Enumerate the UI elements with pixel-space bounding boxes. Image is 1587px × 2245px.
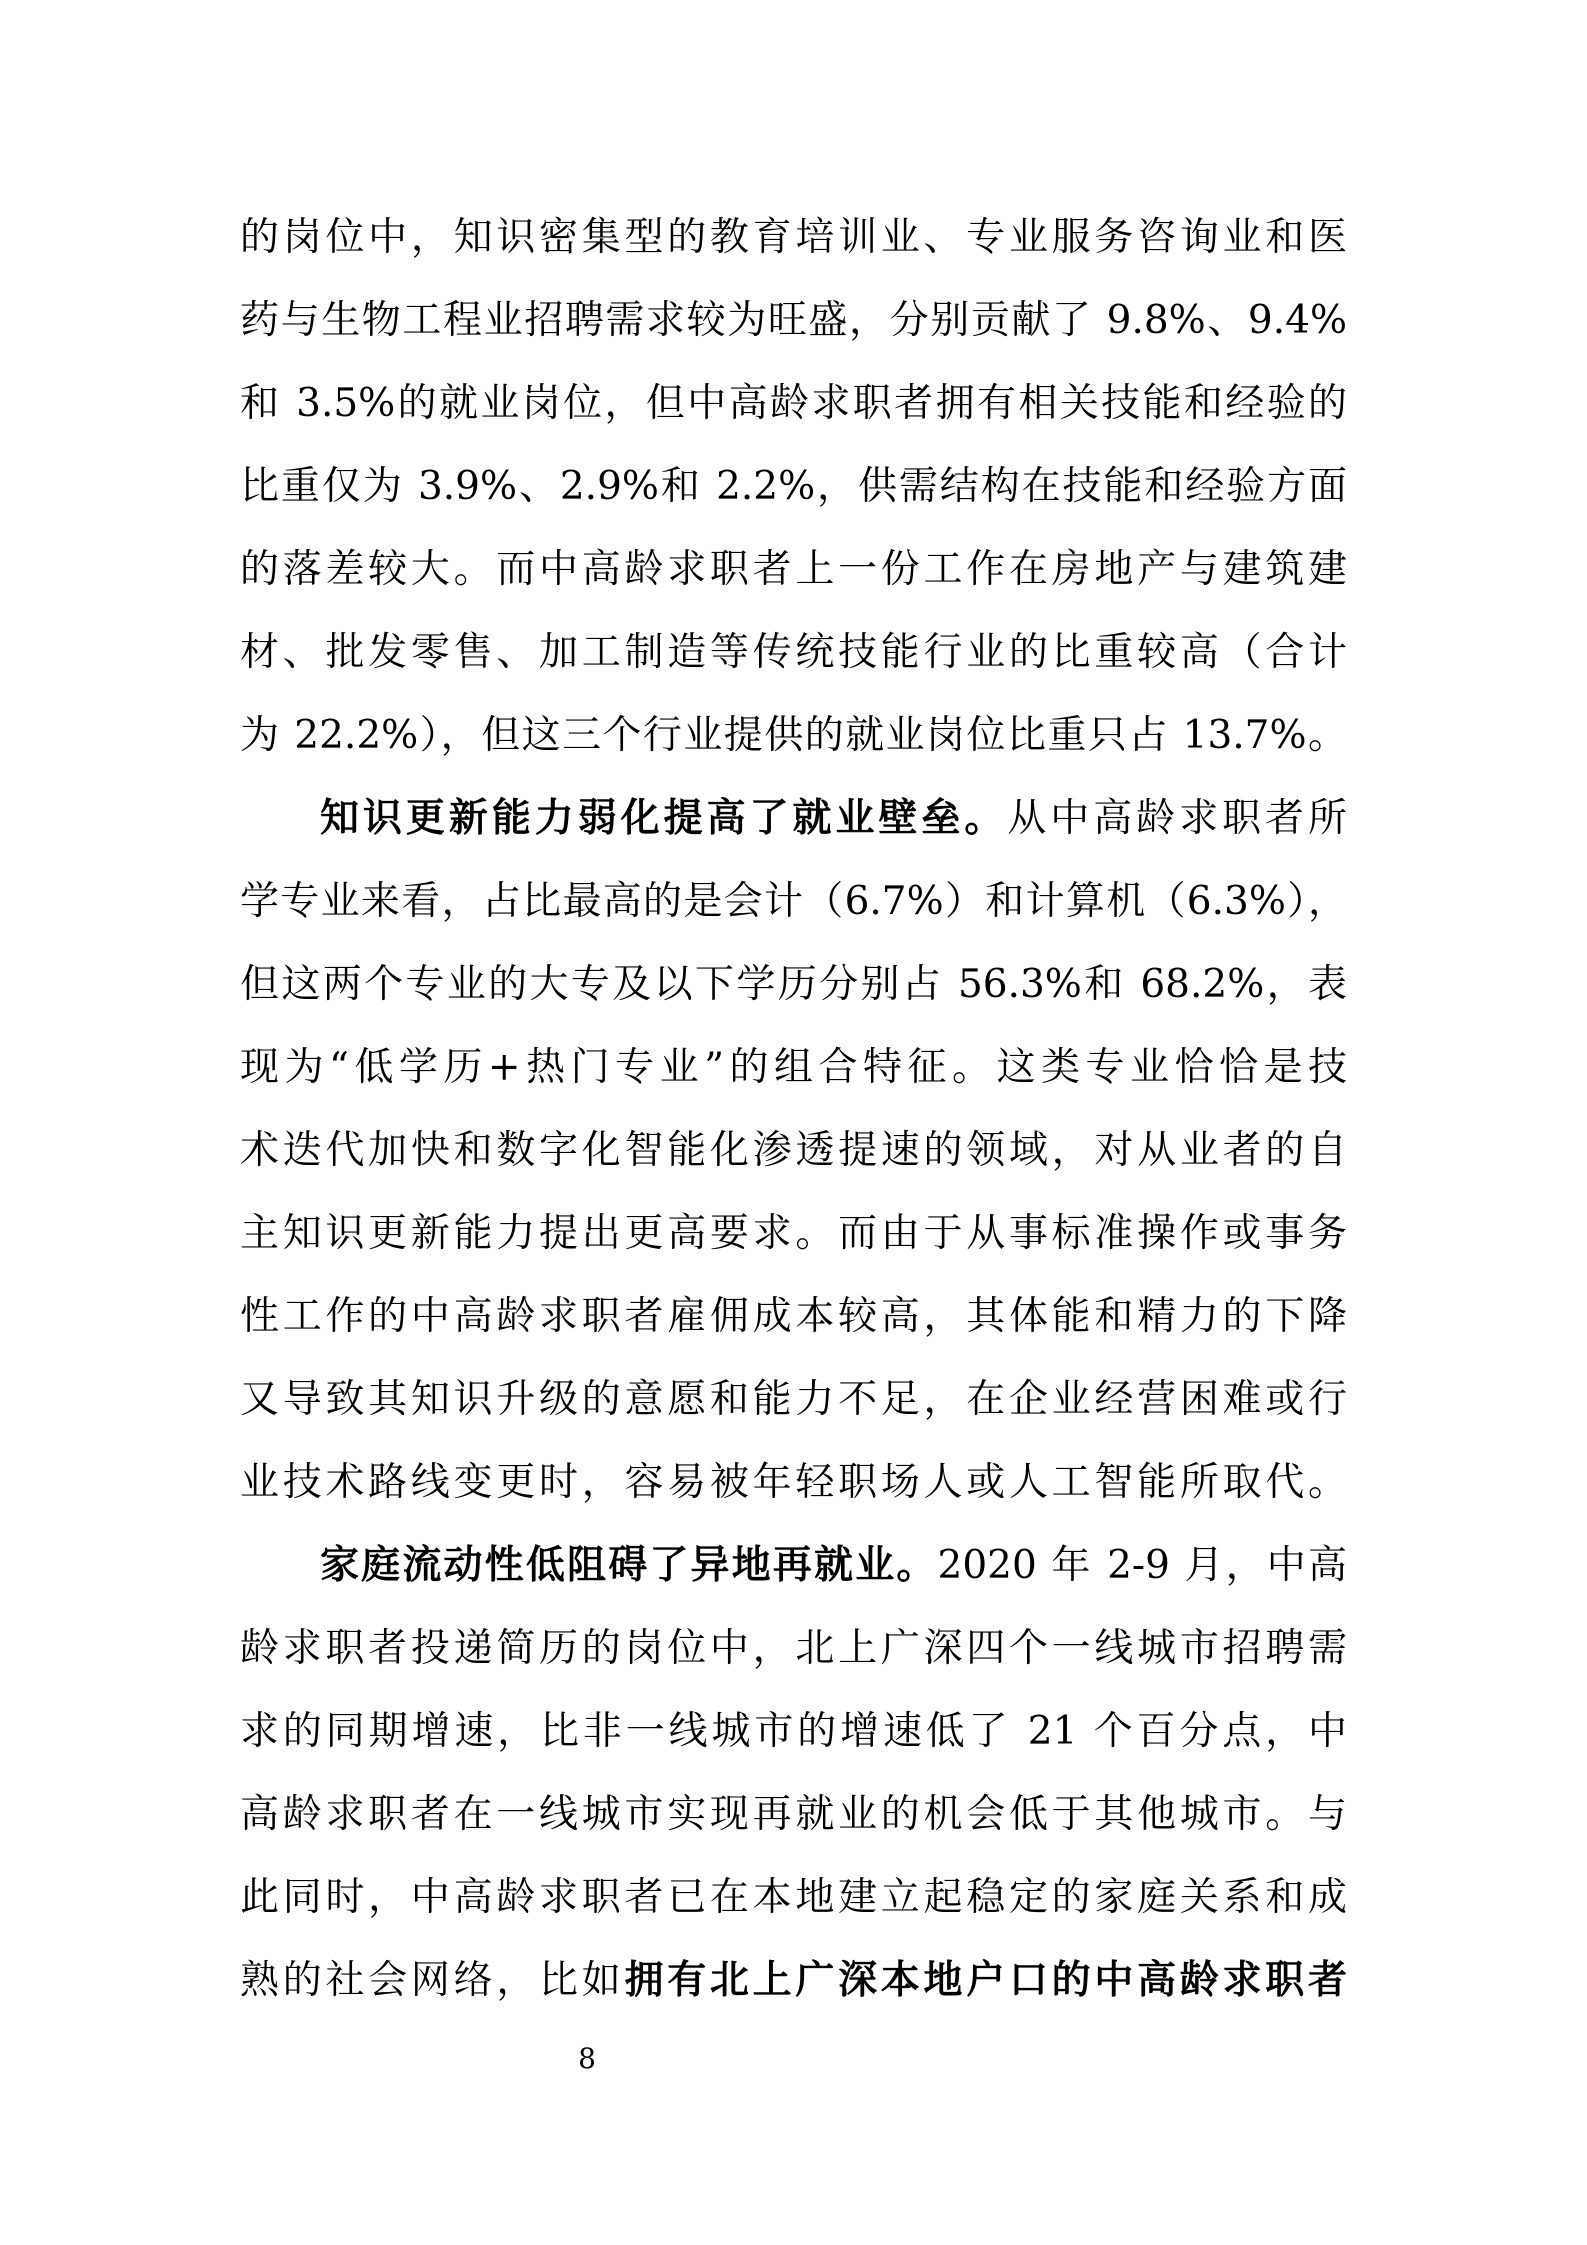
text-line: 学专业来看，占比最高的是会计（6.7%）和计算机（6.3%），	[240, 860, 1347, 943]
text-run: 高龄求职者在一线城市实现再就业的机会低于其他城市。与	[240, 1792, 1347, 1837]
text-line: 业技术路线变更时，容易被年轻职场人或人工智能所取代。	[240, 1441, 1347, 1524]
emphasis-run: 拥有北上广深本地户口的中高龄求职者	[624, 1958, 1347, 2003]
text-run: 术迭代加快和数字化智能化渗透提速的领域，对从业者的自	[240, 1128, 1347, 1173]
text-run: 2020 年 2-9 月，中高	[938, 1543, 1347, 1588]
text-run: 性工作的中高龄求职者雇佣成本较高，其体能和精力的下降	[240, 1294, 1347, 1339]
text-line: 的岗位中，知识密集型的教育培训业、专业服务咨询业和医	[240, 196, 1347, 279]
page-number: 8	[578, 2042, 596, 2075]
text-line: 龄求职者投递简历的岗位中，北上广深四个一线城市招聘需	[240, 1607, 1347, 1690]
emphasis-run: 家庭流动性低阻碍了异地再就业。	[320, 1543, 938, 1588]
text-line: 术迭代加快和数字化智能化渗透提速的领域，对从业者的自	[240, 1109, 1347, 1192]
text-line: 高龄求职者在一线城市实现再就业的机会低于其他城市。与	[240, 1773, 1347, 1856]
text-run: 的岗位中，知识密集型的教育培训业、专业服务咨询业和医	[240, 215, 1347, 260]
text-line: 为 22.2%），但这三个行业提供的就业岗位比重只占 13.7%。	[240, 694, 1347, 777]
text-line: 但这两个专业的大专及以下学历分别占 56.3%和 68.2%，表	[240, 943, 1347, 1026]
text-run: 龄求职者投递简历的岗位中，北上广深四个一线城市招聘需	[240, 1626, 1347, 1671]
text-line: 知识更新能力弱化提高了就业壁垒。从中高龄求职者所	[240, 777, 1347, 860]
text-run: 从中高龄求职者所	[1007, 796, 1347, 841]
text-run: 熟的社会网络，比如	[240, 1958, 624, 2003]
text-line: 主知识更新能力提出更高要求。而由于从事标准操作或事务	[240, 1192, 1347, 1275]
text-run: 此同时，中高龄求职者已在本地建立起稳定的家庭关系和成	[240, 1875, 1347, 1920]
text-run: 现为“低学历+热门专业”的组合特征。这类专业恰恰是技	[240, 1045, 1347, 1090]
document-page: 的岗位中，知识密集型的教育培训业、专业服务咨询业和医药与生物工程业招聘需求较为旺…	[0, 0, 1587, 2245]
emphasis-run: 知识更新能力弱化提高了就业壁垒。	[320, 796, 1007, 841]
text-line: 现为“低学历+热门专业”的组合特征。这类专业恰恰是技	[240, 1026, 1347, 1109]
text-run: 业技术路线变更时，容易被年轻职场人或人工智能所取代。	[240, 1460, 1347, 1505]
text-line: 家庭流动性低阻碍了异地再就业。2020 年 2-9 月，中高	[240, 1524, 1347, 1607]
text-run: 的落差较大。而中高龄求职者上一份工作在房地产与建筑建	[240, 547, 1347, 592]
text-run: 药与生物工程业招聘需求较为旺盛，分别贡献了 9.8%、9.4%	[240, 298, 1347, 343]
text-run: 材、批发零售、加工制造等传统技能行业的比重较高（合计	[240, 630, 1347, 675]
text-line: 此同时，中高龄求职者已在本地建立起稳定的家庭关系和成	[240, 1856, 1347, 1939]
text-run: 和 3.5%的就业岗位，但中高龄求职者拥有相关技能和经验的	[240, 381, 1347, 426]
text-line: 和 3.5%的就业岗位，但中高龄求职者拥有相关技能和经验的	[240, 362, 1347, 445]
text-line: 的落差较大。而中高龄求职者上一份工作在房地产与建筑建	[240, 528, 1347, 611]
text-run: 比重仅为 3.9%、2.9%和 2.2%，供需结构在技能和经验方面	[240, 464, 1347, 509]
text-line: 比重仅为 3.9%、2.9%和 2.2%，供需结构在技能和经验方面	[240, 445, 1347, 528]
text-run: 求的同期增速，比非一线城市的增速低了 21 个百分点，中	[240, 1709, 1347, 1754]
text-run: 学专业来看，占比最高的是会计（6.7%）和计算机（6.3%），	[240, 879, 1347, 924]
text-line: 药与生物工程业招聘需求较为旺盛，分别贡献了 9.8%、9.4%	[240, 279, 1347, 362]
text-run: 但这两个专业的大专及以下学历分别占 56.3%和 68.2%，表	[240, 962, 1347, 1007]
text-line: 性工作的中高龄求职者雇佣成本较高，其体能和精力的下降	[240, 1275, 1347, 1358]
text-run: 为 22.2%），但这三个行业提供的就业岗位比重只占 13.7%。	[240, 713, 1347, 758]
text-block: 的岗位中，知识密集型的教育培训业、专业服务咨询业和医药与生物工程业招聘需求较为旺…	[240, 196, 1347, 2022]
text-run: 又导致其知识升级的意愿和能力不足，在企业经营困难或行	[240, 1377, 1347, 1422]
text-line: 熟的社会网络，比如拥有北上广深本地户口的中高龄求职者	[240, 1939, 1347, 2022]
text-line: 材、批发零售、加工制造等传统技能行业的比重较高（合计	[240, 611, 1347, 694]
text-line: 又导致其知识升级的意愿和能力不足，在企业经营困难或行	[240, 1358, 1347, 1441]
text-line: 求的同期增速，比非一线城市的增速低了 21 个百分点，中	[240, 1690, 1347, 1773]
page-footer: 8	[0, 2042, 1174, 2075]
text-run: 主知识更新能力提出更高要求。而由于从事标准操作或事务	[240, 1211, 1347, 1256]
